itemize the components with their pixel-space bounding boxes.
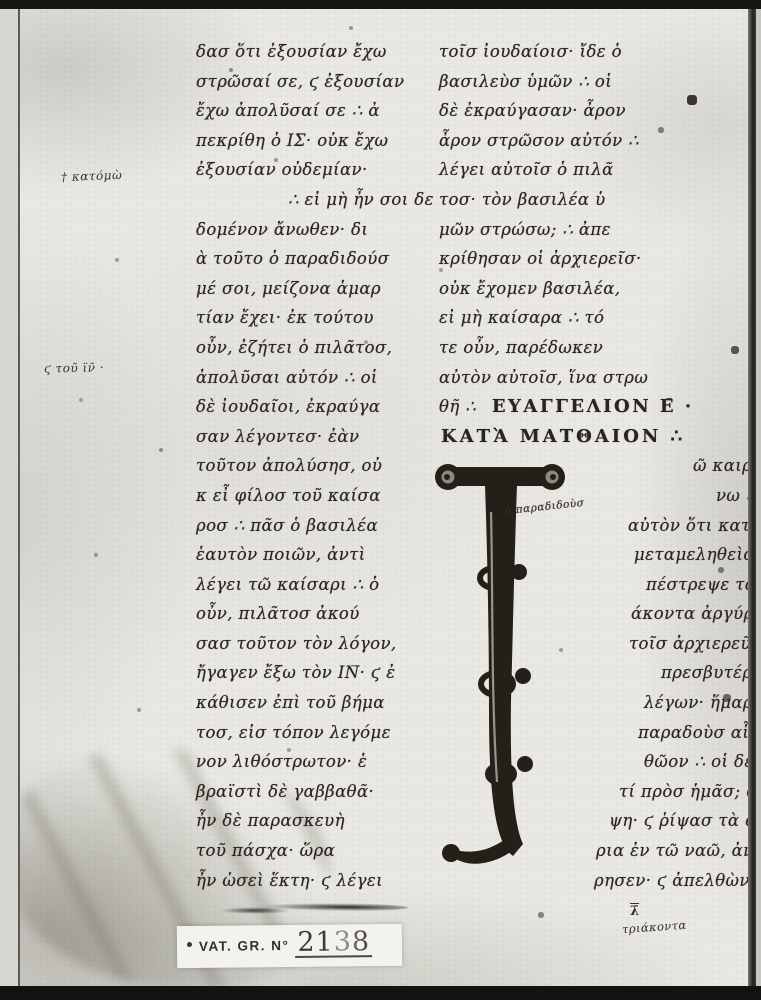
text-line: μεταμεληθεὶσ, ἀ: [566, 540, 748, 570]
text-line: ἆρον στρῶσον αὐτόν ∴: [439, 126, 748, 156]
text-line: δασ ὅτι ἐξουσίαν ἔχω: [196, 37, 458, 67]
photo-border-bottom: [0, 986, 761, 1000]
text-line: αὐτὸν αὐτοῖσ, ἵνα στρω: [439, 363, 748, 393]
ink-smudge-small: [220, 907, 290, 914]
photo-edge-right: [748, 0, 756, 1000]
text-line: εἰ μὴ καίσαρα ∴ τό: [439, 303, 748, 333]
text-line: οὖν, ἐζήτει ὁ πιλᾶτοσ,: [196, 333, 458, 363]
ink-speckles: [20, 9, 22, 11]
text-line: τοῦτον ἀπολύσησ, οὐ: [196, 451, 458, 481]
word-triakonta: τριάκοντα: [622, 918, 687, 936]
text-line: νον λιθόστρωτον· ἑ: [196, 747, 458, 777]
text-column-right: τοῖσ ἰουδαίοισ· ἴδε ὁβασιλεὺσ ὑμῶν ∴ οἱδ…: [439, 37, 748, 895]
text-line: τοῦ πάσχα· ὥρα: [196, 836, 458, 866]
slip-bullet-dot: [187, 942, 192, 947]
text-line: στρῶσαί σε, ϛ ἐξουσίαν: [196, 67, 458, 97]
text-line: ψη· ϛ ῥίψασ τὰ ἀργύ: [566, 806, 748, 836]
text-line: τε οὖν, παρέδωκεν: [439, 333, 748, 363]
text-line: ἦν ὡσεὶ ἕκτη· ϛ λέγει: [196, 866, 458, 896]
text-line: θῶον ∴ οἱ δὲ εἶπον·: [566, 747, 748, 777]
text-line: ρησεν· ϛ ἀπελθὼν ἀ: [566, 866, 748, 896]
margin-note-lower: ϛ τοῦ ϊν̄ ·: [44, 360, 104, 375]
text-line: ἤγαγεν ἔξω τὸν ΙΝ̅· ϛ ἐ: [196, 658, 458, 688]
text-line: βασιλεὺσ ὑμῶν ∴ οἱ: [439, 67, 748, 97]
text-line: τοσ, εἰσ τόπον λεγόμε: [196, 718, 458, 748]
photo-edge-left: [0, 9, 18, 986]
text-line: βραϊστὶ δὲ γαββαθᾶ·: [196, 777, 458, 807]
text-line: κ εἶ φίλοσ τοῦ καίσα: [196, 481, 458, 511]
text-line: παραδοὺσ αἷμα ἀ: [566, 718, 748, 748]
text-line: ∴ εἰ μὴ ἦν σοι δε: [196, 185, 458, 215]
text-line: πρεσβυτέροισ: [566, 658, 748, 688]
text-line: ρια ἐν τῶ ναῶ, ἀνεχώ: [566, 836, 748, 866]
text-line: κάθισεν ἐπὶ τοῦ βήμα: [196, 688, 458, 718]
manuscript-photograph: † κατόμὼ ϛ τοῦ ϊν̄ · δασ ὅτι ἐξουσίαν ἔχ…: [0, 0, 761, 1000]
text-line: ροσ ∴ πᾶσ ὁ βασιλέα: [196, 511, 458, 541]
text-line: πέστρεψε τὰ τρι: [566, 570, 748, 600]
text-line: άκοντα ἀργύρια: [566, 599, 748, 629]
text-line: ἐξουσίαν οὐδεμίαν·: [196, 155, 458, 185]
shelfmark-number: 2138: [295, 928, 372, 958]
text-column-left: δασ ὅτι ἐξουσίαν ἔχωστρῶσαί σε, ϛ ἐξουσί…: [196, 37, 458, 895]
text-line: μέ σοι, μείζονα ἁμαρ: [196, 274, 458, 304]
text-line: δὲ ἐκραύγασαν· ἆρον: [439, 96, 748, 126]
text-line: πεκρίθη ὁ ΙΣ̅· οὐκ ἔχω: [196, 126, 458, 156]
gospel-heading: θῆ ∴ ΕΥΑΓΓΕΛΙΟΝ Ε̄ ·: [439, 392, 748, 422]
text-line: οὖν, πιλᾶτοσ ἀκού: [196, 599, 458, 629]
text-line: μῶν στρώσω; ∴ ἀπε: [439, 215, 748, 245]
text-line: ῶ καιρῶ ἐκεί: [566, 451, 748, 481]
text-line: σαν λέγοντεσ· ἐὰν: [196, 422, 458, 452]
text-line: δὲ ἰουδαῖοι, ἐκραύγα: [196, 392, 458, 422]
text-line: λέγει τῶ καίσαρι ∴ ὁ: [196, 570, 458, 600]
text-line: τίαν ἔχει· ἐκ τούτου: [196, 303, 458, 333]
decorated-initial-T: [433, 452, 567, 872]
text-line: σασ τοῦτον τὸν λόγον,: [196, 629, 458, 659]
heading-title-line2: ΚΑΤᾺ ΜΑΤΘΑΙΟΝ ∴: [439, 422, 748, 452]
margin-note-bottom-right: λ̄ τριάκοντα: [622, 902, 687, 934]
photo-edge-right-outer: [756, 0, 761, 1000]
text-line: τί πρὸσ ἡμᾶσ; σὺ ὄ: [566, 777, 748, 807]
text-line: λέγων· ἥμαρτον: [566, 688, 748, 718]
shelfmark-prefix: VAT. GR. N°: [199, 938, 290, 955]
text-line: λέγει αὐτοῖσ ὁ πιλᾶ: [439, 155, 748, 185]
text-block-beside-initial: Τ ὁ παραδιδοὺσ ῶ καιρῶ ἐκείνω ∴ ἰδὼν ἰού…: [439, 451, 748, 895]
text-line: αὐτὸν ὅτι κατεκρίθη·: [566, 511, 748, 541]
text-line: ἔχω ἀπολῦσαί σε ∴ ἀ: [196, 96, 458, 126]
text-line: νω ∴ ἰδὼν ἰούδασ: [566, 481, 748, 511]
text-lines-top: τοῖσ ἰουδαίοισ· ἴδε ὁβασιλεὺσ ὑμῶν ∴ οἱδ…: [439, 37, 748, 392]
text-line: ἦν δὲ παρασκευὴ: [196, 806, 458, 836]
text-line: κρίθησαν οἱ ἀρχιερεῖσ·: [439, 244, 748, 274]
page-edge-line: [18, 9, 20, 986]
text-line: οὐκ ἔχομεν βασιλέα,: [439, 274, 748, 304]
parchment-page: † κατόμὼ ϛ τοῦ ϊν̄ · δασ ὅτι ἐξουσίαν ἔχ…: [20, 9, 748, 986]
numeral-thirty: λ̄: [630, 904, 639, 919]
text-line: ἀπολῦσαι αὐτόν ∴ οἱ: [196, 363, 458, 393]
text-line: τοσ· τὸν βασιλέα ὑ: [439, 185, 748, 215]
text-line: τοῖσ ἰουδαίοισ· ἴδε ὁ: [439, 37, 748, 67]
photo-border-top: [0, 0, 761, 9]
heading-title-line1: ΕΥΑΓΓΕΛΙΟΝ Ε̄ ·: [492, 396, 694, 417]
text-line: ἑαυτὸν ποιῶν, ἀντὶ: [196, 540, 458, 570]
text-line: δομένον ἄνωθεν· δι: [196, 215, 458, 245]
text-line: ὰ τοῦτο ὁ παραδιδούσ: [196, 244, 458, 274]
text-line: τοῖσ ἀρχιερεῦσι ϛ: [566, 629, 748, 659]
shelfmark-slip: VAT. GR. N° 2138: [177, 924, 402, 968]
heading-prefix: θῆ ∴: [439, 397, 476, 416]
margin-note-upper: † κατόμὼ: [61, 168, 123, 184]
